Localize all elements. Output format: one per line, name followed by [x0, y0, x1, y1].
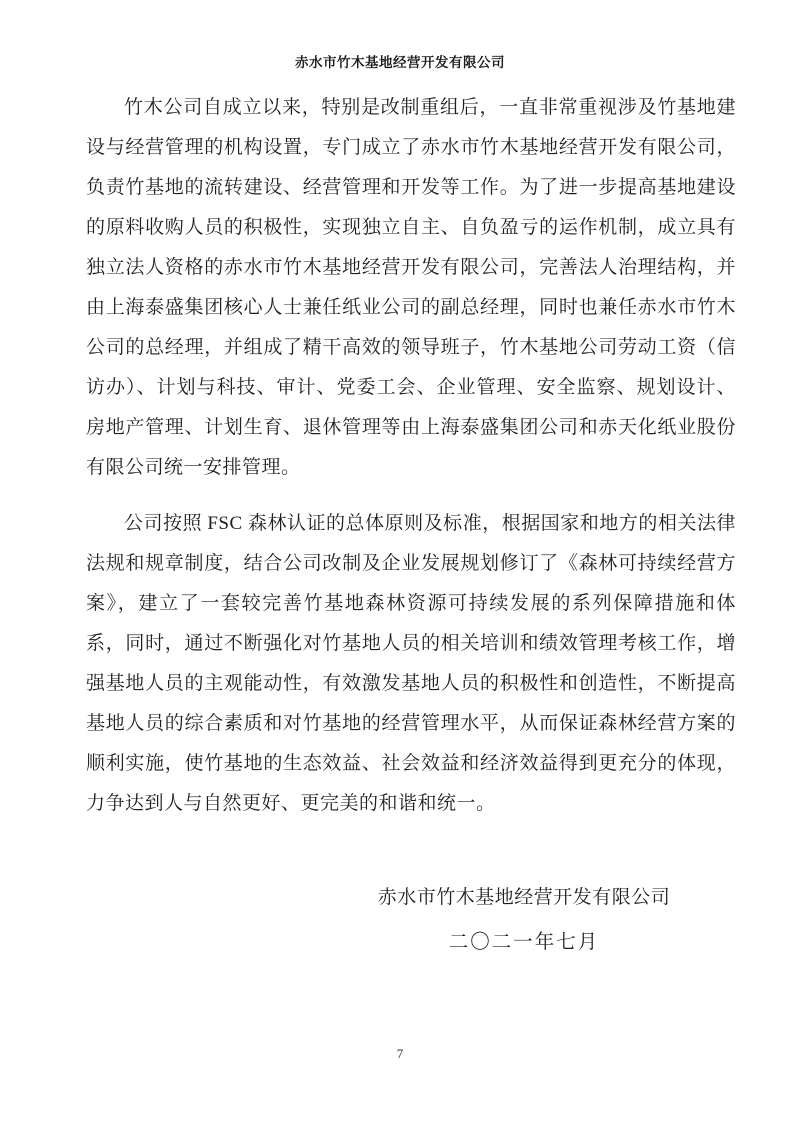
- document-page: 赤水市竹木基地经营开发有限公司 竹木公司自成立以来，特别是改制重组后，一直非常重…: [0, 0, 800, 1131]
- signature-date: 二〇二一年七月: [248, 926, 800, 954]
- signature-block: 赤水市竹木基地经营开发有限公司 二〇二一年七月: [248, 882, 800, 954]
- signature-company-name: 赤水市竹木基地经营开发有限公司: [248, 882, 800, 909]
- document-body: 竹木公司自成立以来，特别是改制重组后，一直非常重视涉及竹基地建设与经营管理的机构…: [86, 88, 736, 824]
- page-number: 7: [0, 1046, 800, 1062]
- paragraph-company-history: 竹木公司自成立以来，特别是改制重组后，一直非常重视涉及竹基地建设与经营管理的机构…: [86, 88, 736, 488]
- page-header-title: 赤水市竹木基地经营开发有限公司: [0, 51, 800, 71]
- paragraph-fsc-certification: 公司按照 FSC 森林认证的总体原则及标准，根据国家和地方的相关法律法规和规章制…: [86, 504, 736, 824]
